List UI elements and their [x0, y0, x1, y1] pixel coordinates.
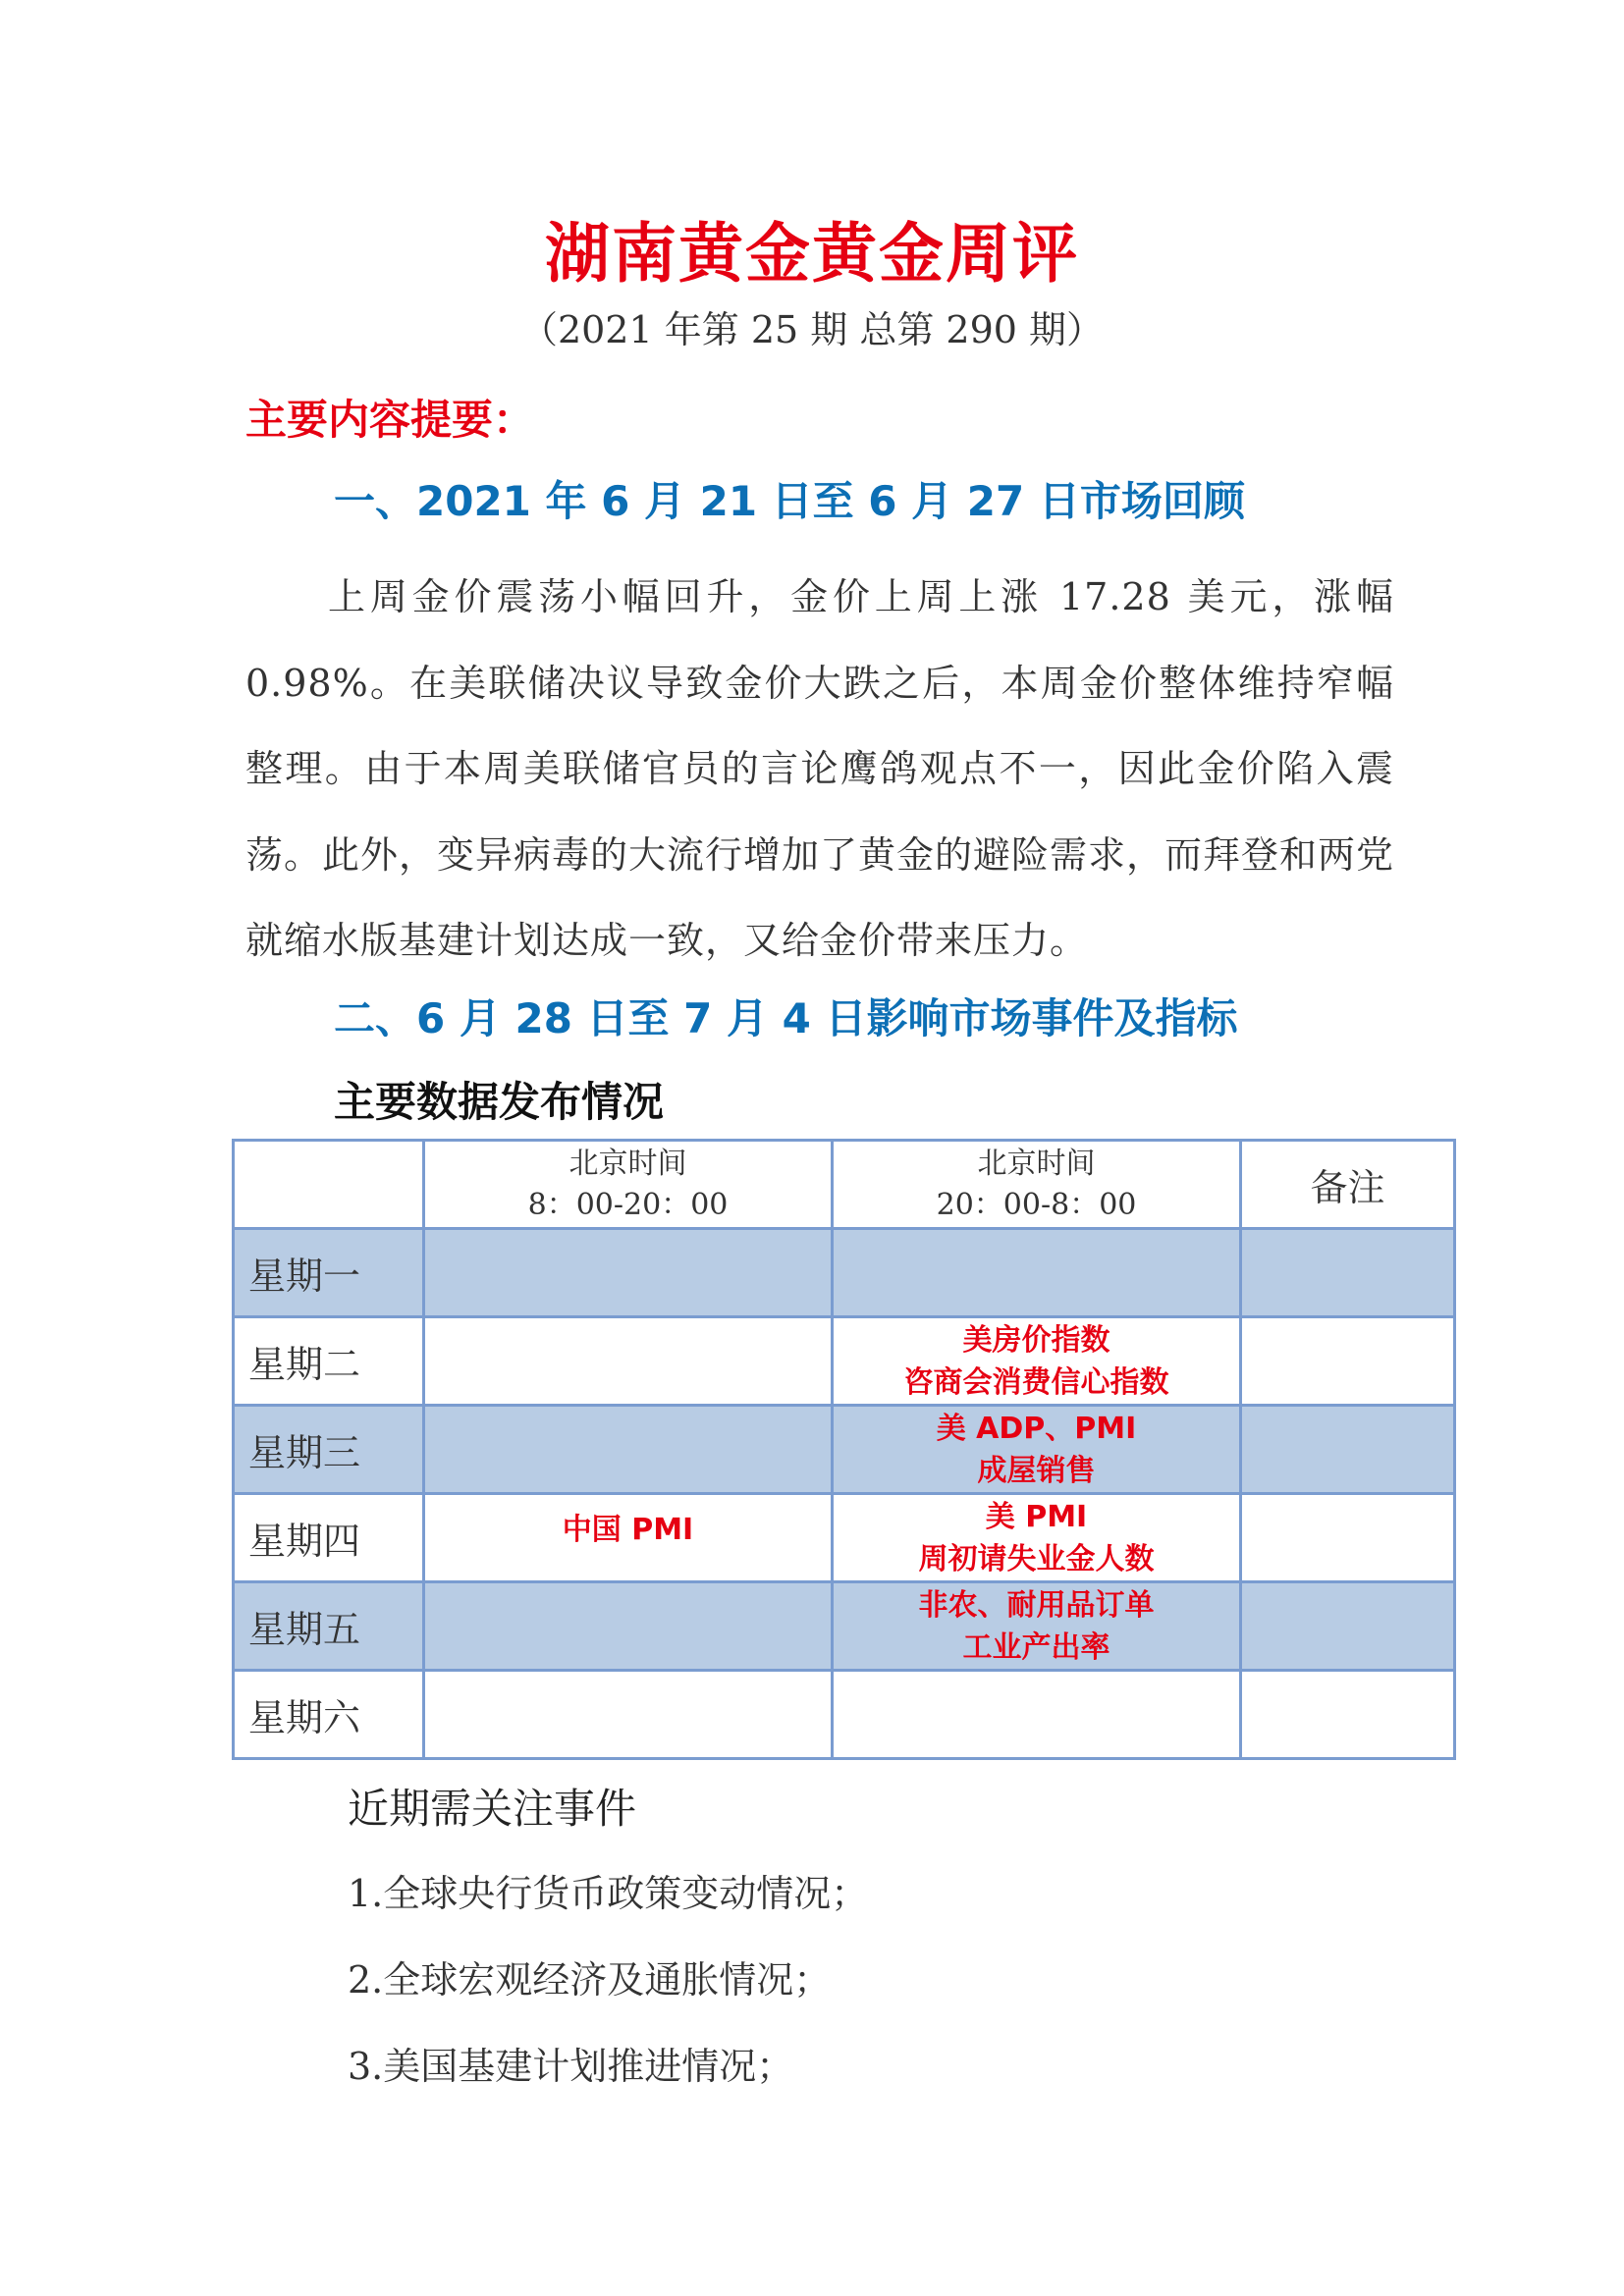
event-item: 美 ADP、PMI — [834, 1408, 1239, 1450]
watch-events-title: 近期需关注事件 — [348, 1777, 636, 1836]
night-session-cell: 非农、耐用品订单 工业产出率 — [833, 1582, 1241, 1671]
table-header-row: 北京时间 8：00-20：00 北京时间 20：00-8：00 备注 — [234, 1141, 1455, 1229]
table-row: 星期五 非农、耐用品订单 工业产出率 — [234, 1582, 1455, 1671]
event-item: 美 PMI — [834, 1496, 1239, 1538]
event-item: 周初请失业金人数 — [834, 1538, 1239, 1580]
night-session-cell: 美 ADP、PMI 成屋销售 — [833, 1406, 1241, 1494]
watch-item: 1.全球央行货币政策变动情况； — [348, 1863, 868, 1917]
watch-item: 2.全球宏观经济及通胀情况； — [348, 1949, 831, 2003]
day-session-cell — [424, 1582, 833, 1671]
table-row: 星期二 美房价指数 咨商会消费信心指数 — [234, 1317, 1455, 1406]
market-review-paragraph: 上周金价震荡小幅回升，金价上周上涨 17.28 美元，涨幅0.98%。在美联储决… — [245, 555, 1394, 985]
event-item: 工业产出率 — [834, 1627, 1239, 1669]
header-remark: 备注 — [1241, 1141, 1455, 1229]
watch-item: 3.美国基建计划推进情况； — [348, 2036, 793, 2090]
header-label: 北京时间 — [834, 1144, 1239, 1185]
day-session-cell — [424, 1671, 833, 1759]
night-session-cell — [833, 1229, 1241, 1317]
table-row: 星期四 中国 PMI 美 PMI 周初请失业金人数 — [234, 1494, 1455, 1582]
event-item: 成屋销售 — [834, 1450, 1239, 1492]
day-cell: 星期一 — [234, 1229, 424, 1317]
remark-cell — [1241, 1671, 1455, 1759]
day-session-cell: 中国 PMI — [424, 1494, 833, 1582]
night-session-cell: 美房价指数 咨商会消费信心指数 — [833, 1317, 1241, 1406]
header-night-session: 北京时间 20：00-8：00 — [833, 1141, 1241, 1229]
table-row: 星期六 — [234, 1671, 1455, 1759]
event-item: 非农、耐用品订单 — [834, 1584, 1239, 1627]
remark-cell — [1241, 1317, 1455, 1406]
remark-cell — [1241, 1494, 1455, 1582]
remark-cell — [1241, 1406, 1455, 1494]
data-release-table: 北京时间 8：00-20：00 北京时间 20：00-8：00 备注 星期一 星… — [232, 1139, 1456, 1760]
day-cell: 星期六 — [234, 1671, 424, 1759]
header-empty-cell — [234, 1141, 424, 1229]
section2-heading: 二、6 月 28 日至 7 月 4 日影响市场事件及指标 — [334, 987, 1237, 1045]
day-cell: 星期二 — [234, 1317, 424, 1406]
header-label: 北京时间 — [425, 1144, 831, 1185]
header-day-session: 北京时间 8：00-20：00 — [424, 1141, 833, 1229]
table-row: 星期一 — [234, 1229, 1455, 1317]
issue-number: （2021 年第 25 期 总第 290 期） — [0, 299, 1624, 353]
section1-heading: 一、2021 年 6 月 21 日至 6 月 27 日市场回顾 — [334, 469, 1245, 528]
table-title: 主要数据发布情况 — [334, 1070, 664, 1129]
day-cell: 星期三 — [234, 1406, 424, 1494]
event-item: 美房价指数 — [834, 1319, 1239, 1362]
remark-cell — [1241, 1229, 1455, 1317]
night-session-cell: 美 PMI 周初请失业金人数 — [833, 1494, 1241, 1582]
document-title: 湖南黄金黄金周评 — [0, 201, 1624, 294]
day-cell: 星期五 — [234, 1582, 424, 1671]
day-session-cell — [424, 1317, 833, 1406]
day-session-cell — [424, 1229, 833, 1317]
header-time-range: 8：00-20：00 — [425, 1185, 831, 1226]
night-session-cell — [833, 1671, 1241, 1759]
event-item: 中国 PMI — [425, 1509, 831, 1551]
table-row: 星期三 美 ADP、PMI 成屋销售 — [234, 1406, 1455, 1494]
day-cell: 星期四 — [234, 1494, 424, 1582]
summary-label: 主要内容提要： — [245, 388, 534, 447]
header-time-range: 20：00-8：00 — [834, 1185, 1239, 1226]
remark-cell — [1241, 1582, 1455, 1671]
event-item: 咨商会消费信心指数 — [834, 1362, 1239, 1404]
day-session-cell — [424, 1406, 833, 1494]
